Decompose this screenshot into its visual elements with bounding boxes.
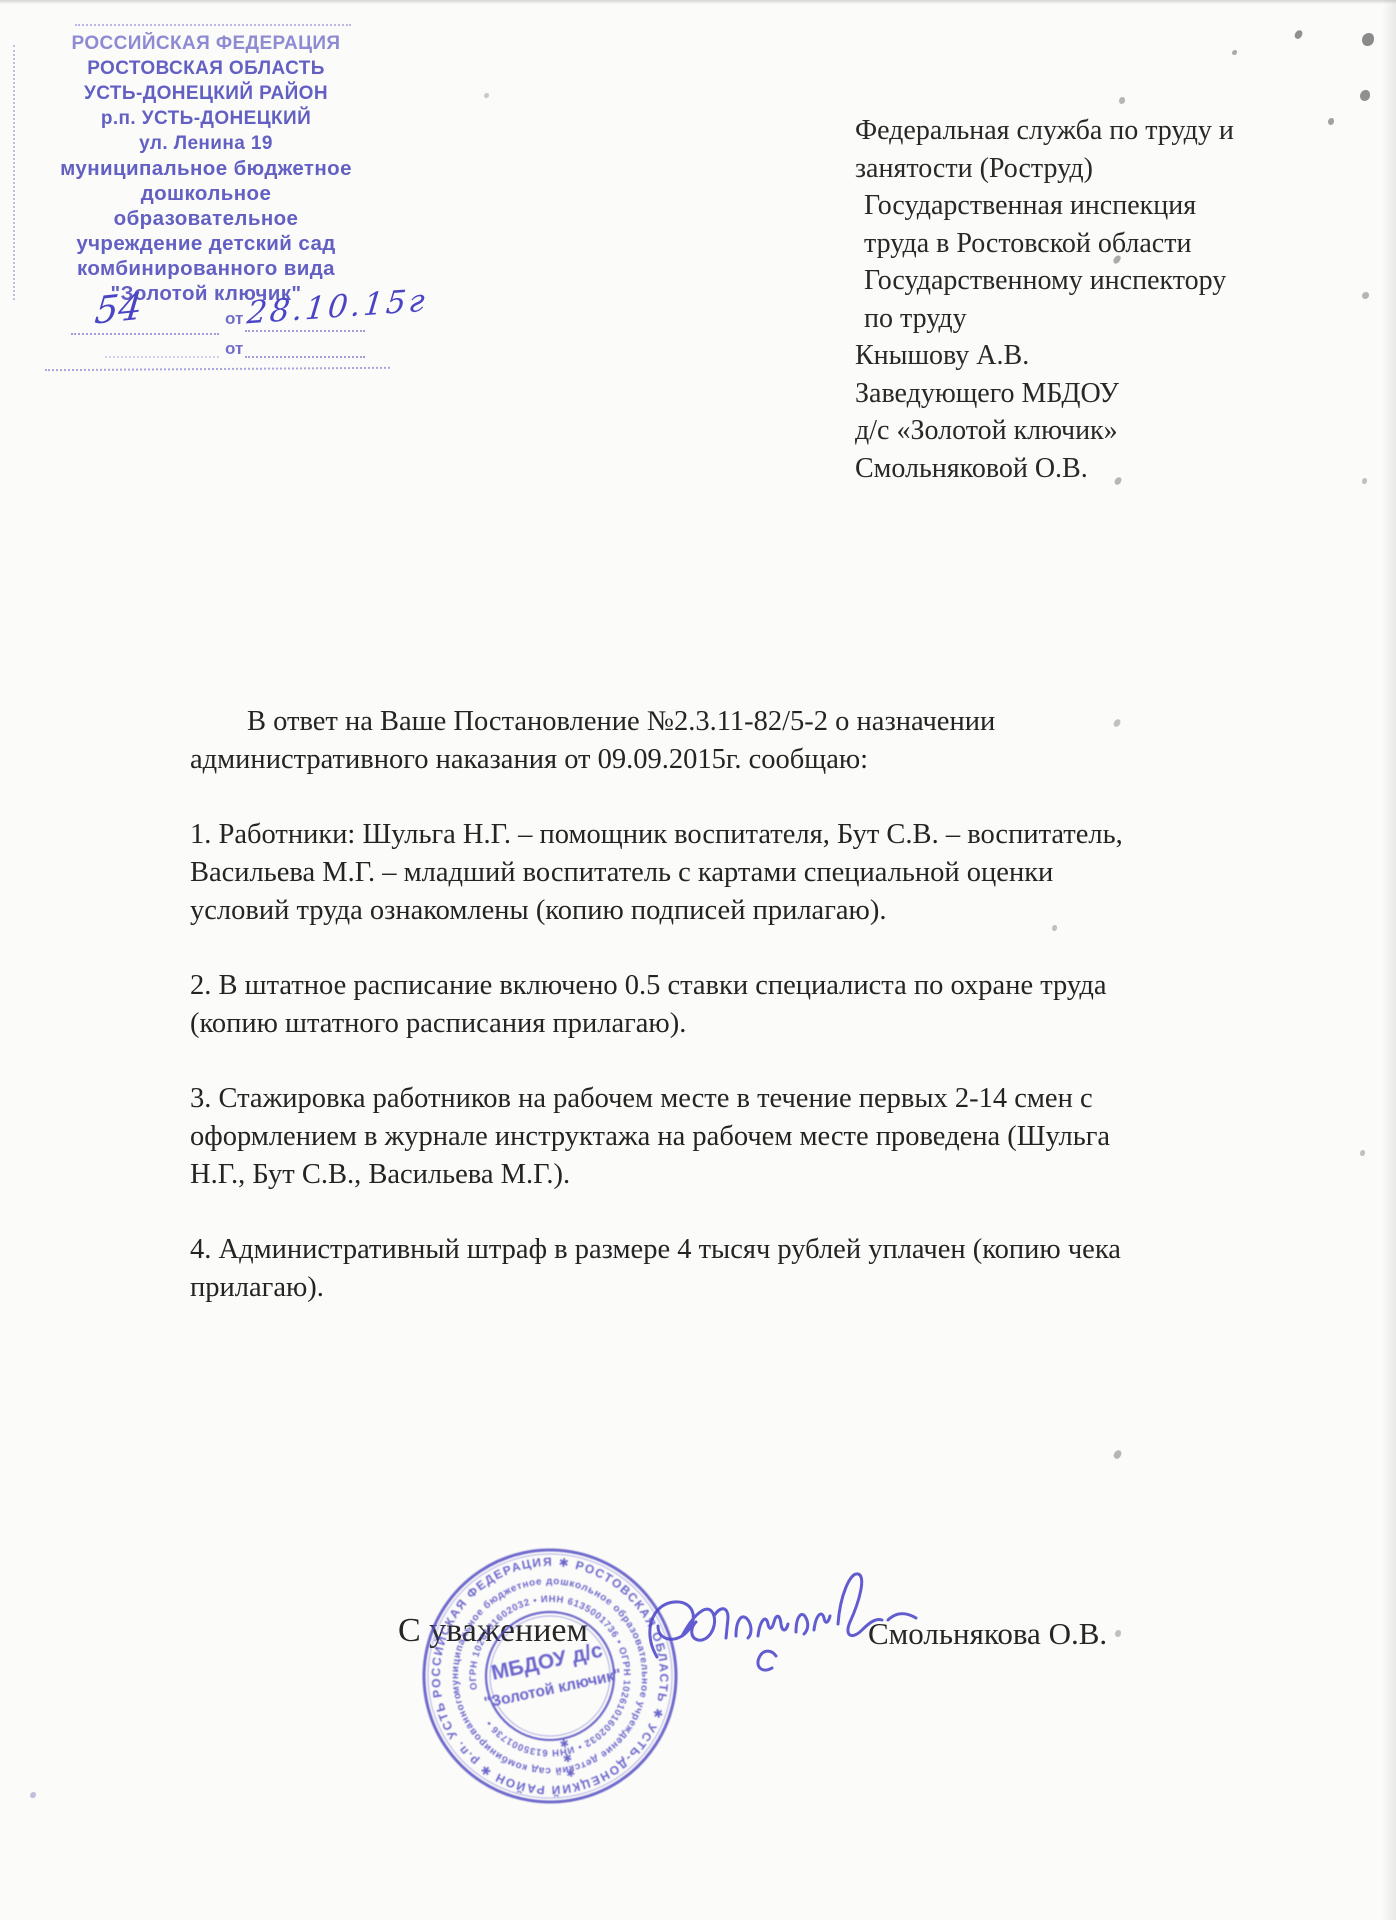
scanned-letter-page: РОССИЙСКАЯ ФЕДЕРАЦИЯ РОСТОВСКАЯ ОБЛАСТЬ … <box>0 0 1396 1920</box>
body-paragraph-1: 1. Работники: Шульга Н.Г. – помощник вос… <box>190 816 1120 930</box>
scan-speck <box>484 93 489 98</box>
stamp-line: РОССИЙСКАЯ ФЕДЕРАЦИЯ <box>52 31 360 56</box>
signature <box>612 1562 924 1692</box>
body-line: 4. Административный штраф в размере 4 ты… <box>190 1231 1120 1269</box>
scan-speck <box>1362 33 1374 46</box>
body-paragraph-2: 2. В штатное расписание включено 0.5 ста… <box>190 967 1120 1043</box>
recipient-line: Кнышову А.В. <box>855 337 1234 375</box>
org-stamp-block: РОССИЙСКАЯ ФЕДЕРАЦИЯ РОСТОВСКАЯ ОБЛАСТЬ … <box>52 31 360 306</box>
scan-edge-left-dots <box>13 45 15 300</box>
body-line: Н.Г., Бут С.В., Васильева М.Г.). <box>190 1156 1120 1194</box>
body-line: (копию штатного расписания прилагаю). <box>190 1005 1120 1043</box>
stamp-line: УСТЬ-ДОНЕЦКИЙ РАЙОН <box>52 81 360 106</box>
recipient-line: Смольняковой О.В. <box>855 450 1234 488</box>
body-line: оформлением в журнале инструктажа на раб… <box>190 1118 1120 1156</box>
signature-stroke <box>650 1574 916 1670</box>
recipient-line: д/с «Золотой ключик» <box>855 412 1234 450</box>
stamp-line: РОСТОВСКАЯ ОБЛАСТЬ <box>52 56 360 81</box>
recipient-line: труда в Ростовской области <box>855 225 1234 263</box>
date-underline <box>245 330 365 332</box>
scan-speck <box>1360 90 1370 101</box>
ref-number-form: 54 от 28.10.15г от <box>55 293 385 373</box>
stamp-line: учреждение детский сад <box>52 231 360 256</box>
recipient-line: Государственному инспектору <box>855 262 1234 300</box>
date-underline-2 <box>245 356 365 358</box>
body-line: прилагаю). <box>190 1269 1120 1307</box>
body-paragraph-3: 3. Стажировка работников на рабочем мест… <box>190 1080 1120 1194</box>
body-line: В ответ на Ваше Постановление №2.3.11-82… <box>190 703 1120 741</box>
scan-speck <box>1328 118 1334 125</box>
recipient-line: Федеральная служба по труду и <box>855 112 1234 150</box>
stamp-line: комбинированного вида <box>52 256 360 281</box>
body-paragraph-intro: В ответ на Ваше Постановление №2.3.11-82… <box>190 703 1120 779</box>
letter-body: В ответ на Ваше Постановление №2.3.11-82… <box>190 703 1120 1344</box>
recipient-line: Заведующего МБДОУ <box>855 375 1234 413</box>
scan-speck <box>1360 1150 1365 1156</box>
recipient-line: занятости (Роструд) <box>855 150 1234 188</box>
scan-edge-top <box>0 0 1396 4</box>
ref-underline <box>71 333 219 335</box>
stamp-line: ул. Ленина 19 <box>52 131 360 156</box>
scan-speck <box>1119 97 1125 104</box>
stamp-line: муниципальное бюджетное <box>52 156 360 181</box>
scan-speck <box>1362 292 1369 299</box>
stamp-line: р.п. УСТЬ-ДОНЕЦКИЙ <box>52 106 360 131</box>
recipient-line: Государственная инспекция <box>855 187 1234 225</box>
body-line: 3. Стажировка работников на рабочем мест… <box>190 1080 1120 1118</box>
scan-speck <box>1232 50 1237 55</box>
body-line: условий труда ознакомлены (копию подписе… <box>190 892 1120 930</box>
ref-number-handwritten: 54 <box>93 284 144 333</box>
recipient-block: Федеральная служба по труду и занятости … <box>855 112 1234 487</box>
scan-edge-right <box>1382 0 1396 1920</box>
body-paragraph-4: 4. Административный штраф в размере 4 ты… <box>190 1231 1120 1307</box>
scan-speck <box>1362 478 1367 484</box>
scan-speck <box>30 1792 36 1798</box>
from-label: от <box>225 309 243 329</box>
from-label: от <box>225 339 243 359</box>
body-line: 2. В штатное расписание включено 0.5 ста… <box>190 967 1120 1005</box>
scan-speck <box>1294 29 1304 40</box>
stamp-line: дошкольное образовательное <box>52 181 360 231</box>
scan-speck <box>1115 1630 1121 1637</box>
body-line: административного наказания от 09.09.201… <box>190 741 1120 779</box>
recipient-line: по труду <box>855 300 1234 338</box>
body-line: Васильева М.Г. – младший воспитатель с к… <box>190 854 1120 892</box>
ref-underline-2 <box>105 356 219 358</box>
seal-star: ✱ <box>559 1738 571 1752</box>
stamp-border-top <box>75 24 351 26</box>
body-line: 1. Работники: Шульга Н.Г. – помощник вос… <box>190 816 1120 854</box>
scan-speck <box>1113 1449 1123 1460</box>
